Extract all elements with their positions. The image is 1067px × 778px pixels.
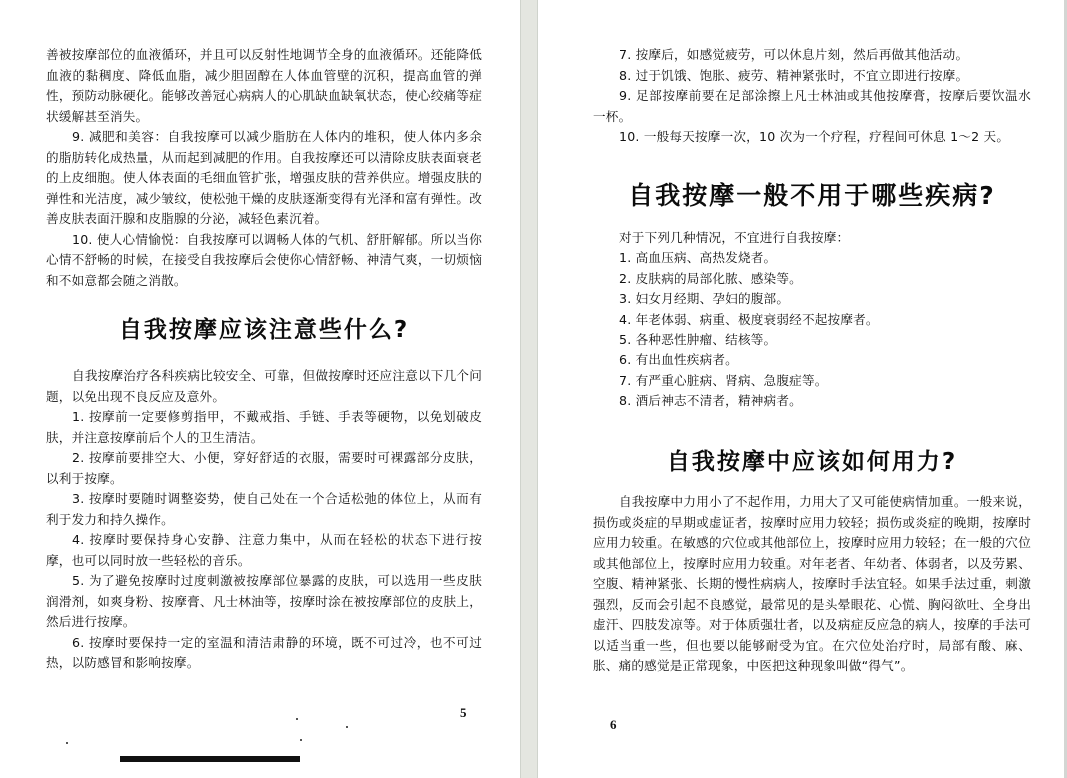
scan-artifact — [120, 756, 300, 762]
precaution-item-9: 9. 足部按摩前要在足部涂擦上凡士林油或其他按摩膏，按摩后要饮温水一杯。 — [593, 86, 1031, 127]
right-page: 7. 按摩后，如感觉疲劳，可以休息片刻，然后再做其他活动。 8. 过于饥饿、饱胀… — [538, 0, 1064, 778]
precaution-item-5: 5. 为了避免按摩时过度刺激被按摩部位暴露的皮肤，可以选用一些皮肤润滑剂，如爽身… — [46, 571, 482, 633]
contraindications-intro: 对于下列几种情况，不宜进行自我按摩： — [619, 228, 1031, 248]
contraindication-item: 8. 酒后神志不清者，精神病者。 — [619, 391, 1031, 411]
heading-precautions: 自我按摩应该注意些什么? — [46, 311, 482, 344]
precaution-item-7: 7. 按摩后，如感觉疲劳，可以休息片刻，然后再做其他活动。 — [593, 45, 1031, 66]
paragraph-precautions-intro: 自我按摩治疗各科疾病比较安全、可靠，但做按摩时还应注意以下几个问题，以免出现不良… — [46, 366, 482, 407]
heading-contraindications: 自我按摩一般不用于哪些疾病? — [593, 176, 1031, 212]
contraindication-item: 2. 皮肤病的局部化脓、感染等。 — [619, 269, 1031, 289]
contraindication-item: 4. 年老体弱、病重、极度衰弱经不起按摩者。 — [619, 310, 1031, 330]
scan-speck — [66, 742, 68, 744]
precaution-item-3: 3. 按摩时要随时调整姿势，使自己处在一个合适松弛的体位上，从而有利于发力和持久… — [46, 489, 482, 530]
precaution-item-2: 2. 按摩前要排空大、小便，穿好舒适的衣服，需要时可裸露部分皮肤，以利于按摩。 — [46, 448, 482, 489]
contraindication-item: 7. 有严重心脏病、肾病、急腹症等。 — [619, 371, 1031, 391]
contraindication-item: 3. 妇女月经期、孕妇的腹部。 — [619, 289, 1031, 309]
left-page: 善被按摩部位的血液循环，并且可以反射性地调节全身的血液循环。还能降低血液的黏稠度… — [0, 0, 520, 778]
precaution-item-6: 6. 按摩时要保持一定的室温和清洁肃静的环境，既不可过冷，也不可过热，以防感冒和… — [46, 633, 482, 674]
page-gutter — [520, 0, 538, 778]
precaution-item-10: 10. 一般每天按摩一次，10 次为一个疗程，疗程间可休息 1～2 天。 — [593, 127, 1031, 148]
scan-speck — [346, 726, 348, 728]
contraindication-item: 1. 高血压病、高热发烧者。 — [619, 248, 1031, 268]
contraindication-item: 5. 各种恶性肿瘤、结核等。 — [619, 330, 1031, 350]
contraindications-section: 对于下列几种情况，不宜进行自我按摩： 1. 高血压病、高热发烧者。 2. 皮肤病… — [593, 228, 1031, 412]
scan-speck — [300, 739, 302, 741]
left-top-section: 善被按摩部位的血液循环，并且可以反射性地调节全身的血液循环。还能降低血液的黏稠度… — [46, 45, 482, 291]
contraindication-item: 6. 有出血性疾病者。 — [619, 350, 1031, 370]
heading-force: 自我按摩中应该如何用力? — [593, 443, 1031, 476]
paragraph-weight-loss-beauty: 9. 减肥和美容：自我按摩可以减少脂肪在人体内的堆积，使人体内多余的脂肪转化成热… — [46, 127, 482, 230]
paragraph-mood: 10. 使人心情愉悦：自我按摩可以调畅人体的气机、舒肝解郁。所以当你心情不舒畅的… — [46, 230, 482, 292]
precaution-item-8: 8. 过于饥饿、饱胀、疲劳、精神紧张时，不宜立即进行按摩。 — [593, 66, 1031, 87]
page-number-left: 5 — [460, 705, 467, 721]
page-number-right: 6 — [610, 717, 617, 733]
paragraph-force: 自我按摩中力用小了不起作用，力用大了又可能使病情加重。一般来说，损伤或炎症的早期… — [593, 492, 1031, 677]
scan-speck — [296, 718, 298, 720]
precaution-item-4: 4. 按摩时要保持身心安静、注意力集中，从而在轻松的状态下进行按摩，也可以同时放… — [46, 530, 482, 571]
left-precautions-section: 自我按摩治疗各科疾病比较安全、可靠，但做按摩时还应注意以下几个问题，以免出现不良… — [46, 366, 482, 674]
right-top-section: 7. 按摩后，如感觉疲劳，可以休息片刻，然后再做其他活动。 8. 过于饥饿、饱胀… — [593, 45, 1031, 148]
precaution-item-1: 1. 按摩前一定要修剪指甲，不戴戒指、手链、手表等硬物，以免划破皮肤，并注意按摩… — [46, 407, 482, 448]
force-section: 自我按摩中力用小了不起作用，力用大了又可能使病情加重。一般来说，损伤或炎症的早期… — [593, 492, 1031, 677]
paragraph-circulation: 善被按摩部位的血液循环，并且可以反射性地调节全身的血液循环。还能降低血液的黏稠度… — [46, 45, 482, 127]
